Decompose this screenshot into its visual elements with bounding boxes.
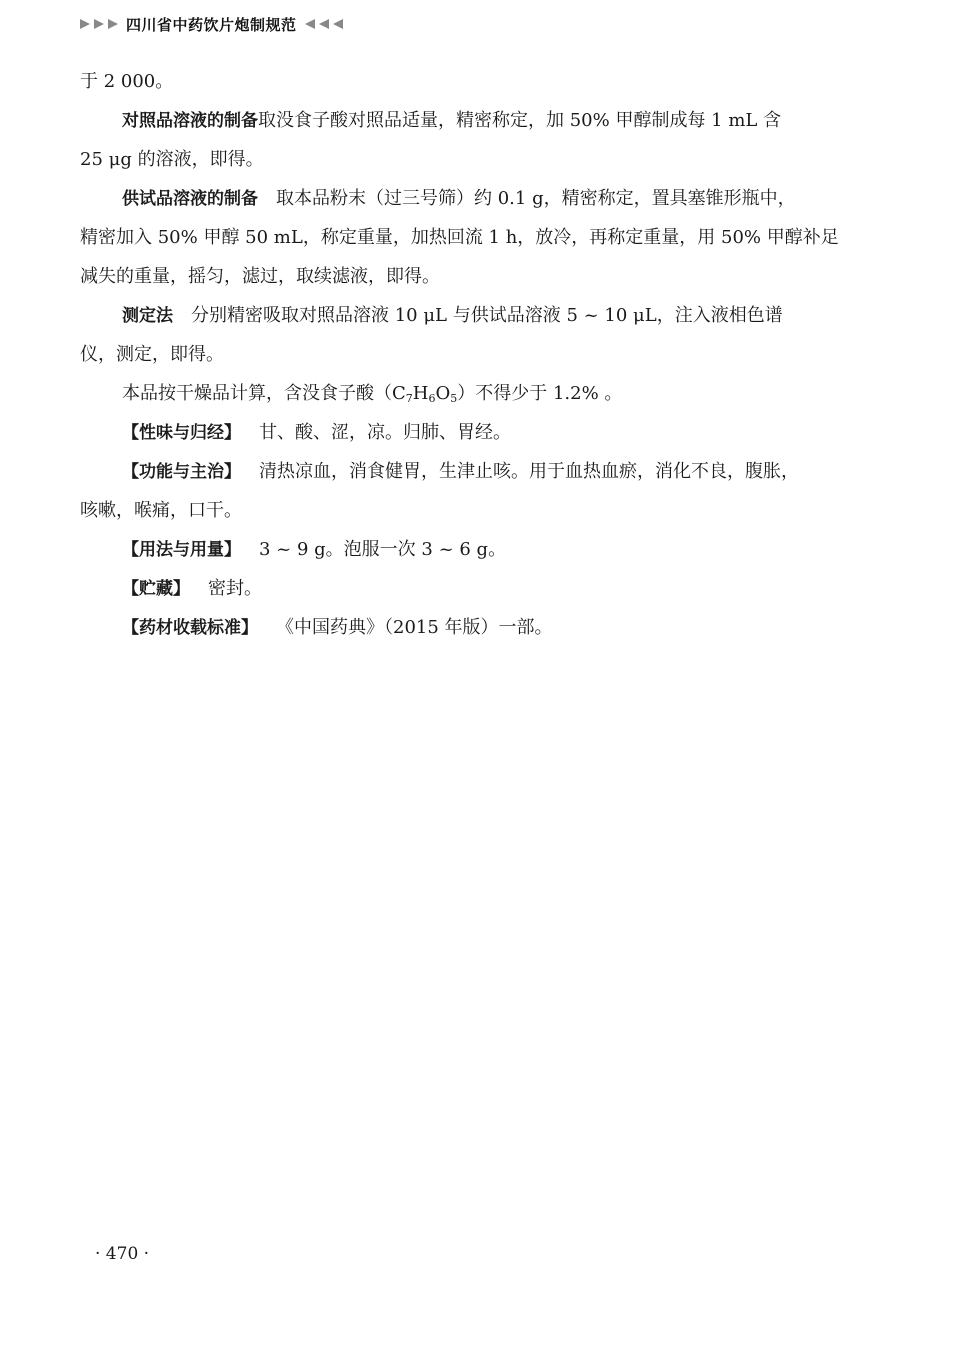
body-text: ）不得少于 1.2% 。	[457, 383, 622, 404]
section-heading: 【药材收载标准】	[122, 618, 258, 638]
content-limit-line: 本品按干燥品计算，含没食子酸（C7H6O5）不得少于 1.2% 。	[80, 374, 886, 413]
left-arrow-icon	[333, 19, 343, 29]
body-text: 仪，测定，即得。	[80, 335, 886, 374]
body-text: 《中国药典》（2015 年版）一部。	[276, 617, 553, 638]
body-text: 甘、酸、涩，凉。归肺、胃经。	[259, 422, 511, 443]
header-title: 四川省中药饮片炮制规范	[126, 14, 297, 35]
body-text: O	[435, 383, 450, 404]
nature-section: 【性味与归经】甘、酸、涩，凉。归肺、胃经。	[80, 413, 886, 452]
section-heading: 【用法与用量】	[122, 540, 241, 560]
section-heading: 【贮藏】	[122, 579, 190, 599]
section-heading: 【性味与归经】	[122, 423, 241, 443]
body-text: 减失的重量，摇匀，滤过，取续滤液，即得。	[80, 257, 886, 296]
body-text: 25 μg 的溶液，即得。	[80, 140, 886, 179]
body-text: 3 ~ 9 g。泡服一次 3 ~ 6 g。	[259, 539, 506, 560]
body-text: 清热凉血，消食健胃，生津止咳。用于血热血瘀，消化不良，腹胀，	[259, 461, 799, 482]
body-text: 咳嗽，喉痛，口干。	[80, 491, 886, 530]
subscript: 7	[406, 392, 413, 405]
function-section: 【功能与主治】清热凉血，消食健胃，生津止咳。用于血热血瘀，消化不良，腹胀， 咳嗽…	[80, 452, 886, 530]
page-body: 于 2 000。 对照品溶液的制备取没食子酸对照品适量，精密称定，加 50% 甲…	[80, 62, 886, 647]
body-text: 分别精密吸取对照品溶液 10 μL 与供试品溶液 5 ~ 10 μL，注入液相色…	[191, 305, 783, 326]
left-arrow-icon	[319, 19, 329, 29]
body-text: 本品按干燥品计算，含没食子酸（C	[122, 383, 406, 404]
continuation-line: 于 2 000。	[80, 62, 886, 101]
page-number: · 470 ·	[95, 1244, 149, 1264]
usage-section: 【用法与用量】3 ~ 9 g。泡服一次 3 ~ 6 g。	[80, 530, 886, 569]
right-arrow-icon	[94, 19, 104, 29]
right-arrow-icon	[108, 19, 118, 29]
assay-section: 测定法分别精密吸取对照品溶液 10 μL 与供试品溶液 5 ~ 10 μL，注入…	[80, 296, 886, 374]
storage-section: 【贮藏】密封。	[80, 569, 886, 608]
section-heading: 供试品溶液的制备	[122, 189, 258, 209]
body-text: H	[413, 383, 429, 404]
sample-prep-section: 供试品溶液的制备取本品粉末（过三号筛）约 0.1 g，精密称定，置具塞锥形瓶中，…	[80, 179, 886, 296]
right-arrow-icon	[80, 19, 90, 29]
section-heading: 【功能与主治】	[122, 462, 241, 482]
body-text: 密封。	[208, 578, 262, 599]
body-text: 取本品粉末（过三号筛）约 0.1 g，精密称定，置具塞锥形瓶中，	[276, 188, 796, 209]
left-arrow-icon	[305, 19, 315, 29]
section-heading: 测定法	[122, 306, 173, 326]
standard-section: 【药材收载标准】《中国药典》（2015 年版）一部。	[80, 608, 886, 647]
running-header: 四川省中药饮片炮制规范	[80, 12, 343, 36]
reference-prep-section: 对照品溶液的制备取没食子酸对照品适量，精密称定，加 50% 甲醇制成每 1 mL…	[80, 101, 886, 179]
body-text: 取没食子酸对照品适量，精密称定，加 50% 甲醇制成每 1 mL 含	[258, 110, 781, 131]
body-text: 精密加入 50% 甲醇 50 mL，称定重量，加热回流 1 h，放冷，再称定重量…	[80, 218, 886, 257]
section-heading: 对照品溶液的制备	[122, 111, 258, 131]
